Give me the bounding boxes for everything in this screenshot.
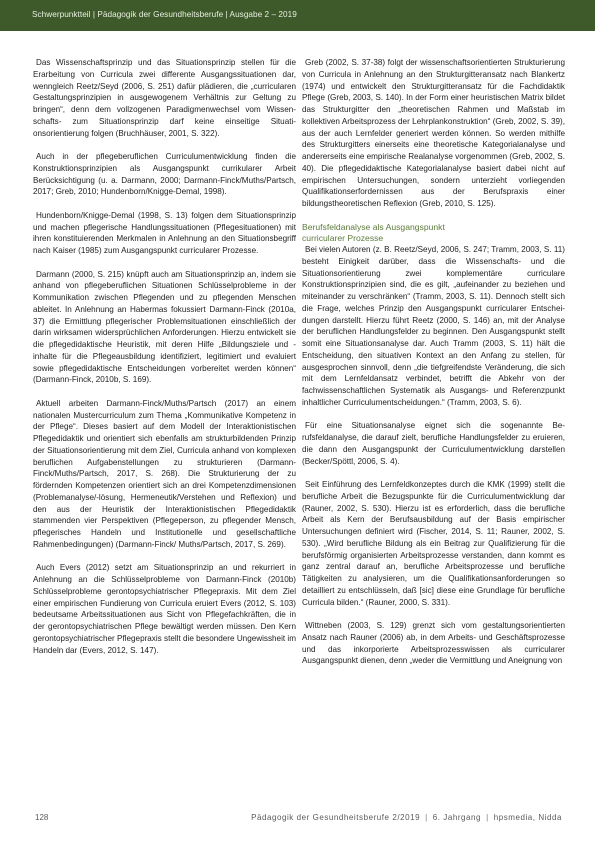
page-footer: 128 Pädagogik der Gesundheitsberufe 2/20… bbox=[0, 813, 595, 827]
body-paragraph: Das Wissenschaftsprinzip und das Situati… bbox=[33, 57, 296, 139]
left-column: Das Wissenschaftsprinzip und das Situati… bbox=[33, 57, 296, 668]
body-paragraph: Auch in der pflegeberuflichen Curriculum… bbox=[33, 151, 296, 198]
journal-volume: 6. Jahrgang bbox=[433, 813, 481, 822]
section-heading-line2: curricularer Prozesse bbox=[302, 233, 383, 243]
body-paragraph: Seit Einführung des Lernfeldkonzeptes du… bbox=[302, 479, 565, 608]
footer-separator: | bbox=[420, 813, 433, 822]
section-heading: Berufsfeldanalyse als Ausgangspunkt curr… bbox=[302, 222, 565, 245]
footer-separator: | bbox=[481, 813, 494, 822]
body-paragraph: Bei vielen Autoren (z. B. Reetz/Seyd, 20… bbox=[302, 244, 565, 409]
body-paragraph: Für eine Situationsanalyse eignet sich d… bbox=[302, 420, 565, 467]
body-paragraph: Greb (2002, S. 37-38) folgt der wissensc… bbox=[302, 57, 565, 210]
journal-name: Pädagogik der Gesundheitsberufe 2/2019 bbox=[251, 813, 420, 822]
body-paragraph: Aktuell arbeiten Darmann-Finck/Muths/Par… bbox=[33, 398, 296, 551]
body-paragraph: Wittneben (2003, S. 129) grenzt sich vom… bbox=[302, 620, 565, 667]
publisher: hpsmedia, Nidda bbox=[494, 813, 562, 822]
body-paragraph: Hundenborn/Knigge-Demal (1998, S. 13) fo… bbox=[33, 210, 296, 257]
footer-journal-info: Pädagogik der Gesundheitsberufe 2/2019|6… bbox=[251, 813, 562, 822]
section-heading-line1: Berufsfeldanalyse als Ausgangspunkt bbox=[302, 222, 445, 232]
right-column: Greb (2002, S. 37-38) folgt der wissensc… bbox=[302, 57, 565, 679]
body-paragraph: Auch Evers (2012) setzt am Situationspri… bbox=[33, 562, 296, 656]
page-number: 128 bbox=[35, 813, 48, 822]
running-header-title: Schwerpunktteil | Pädagogik der Gesundhe… bbox=[32, 10, 297, 19]
running-header-band: Schwerpunktteil | Pädagogik der Gesundhe… bbox=[0, 0, 595, 31]
body-paragraph: Darmann (2000, S. 215) knüpft auch am Si… bbox=[33, 269, 296, 387]
